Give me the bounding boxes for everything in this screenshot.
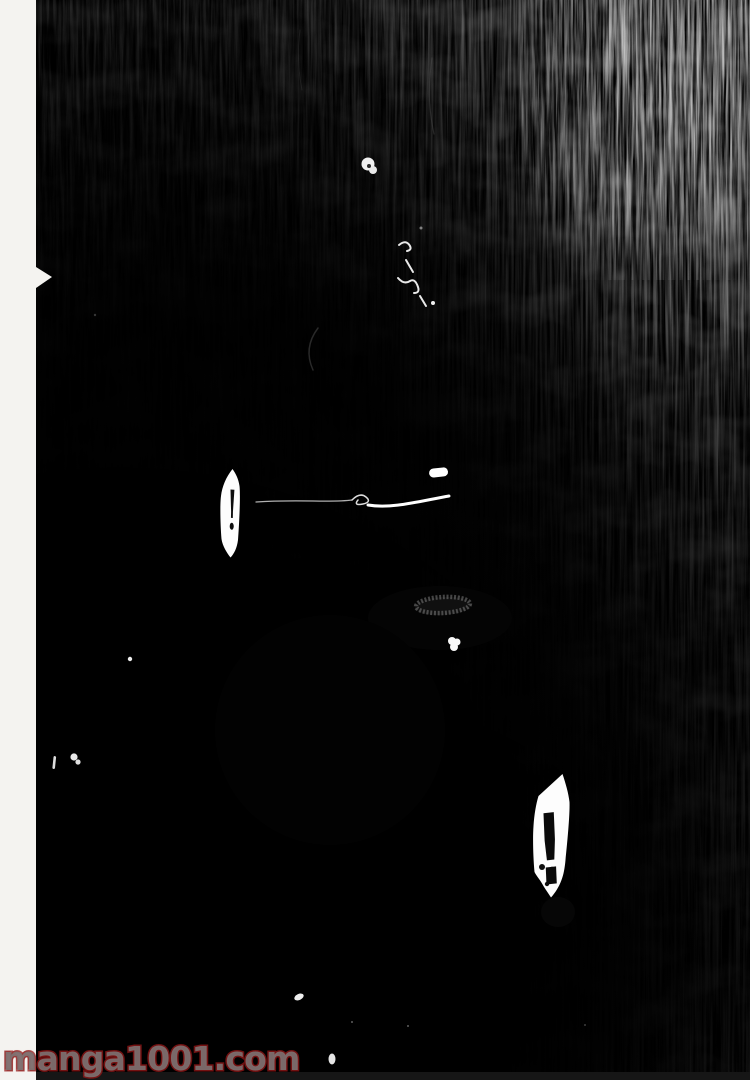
horizontal-scratch — [256, 495, 449, 506]
scratch-details — [0, 0, 750, 1080]
squiggle-scratches — [398, 227, 435, 307]
white-dash-mark — [429, 467, 449, 478]
exclamation-mark-2: ! — [535, 800, 566, 903]
site-watermark: manga1001.com — [3, 1041, 300, 1077]
manga-page: ! ! manga1001.com — [0, 0, 750, 1080]
silhouette-shape — [215, 615, 445, 845]
faint-wisps — [298, 30, 434, 370]
exclamation-mark-1: ! — [223, 481, 242, 540]
white-speck-blob — [362, 158, 378, 175]
page-margin — [0, 0, 36, 1080]
